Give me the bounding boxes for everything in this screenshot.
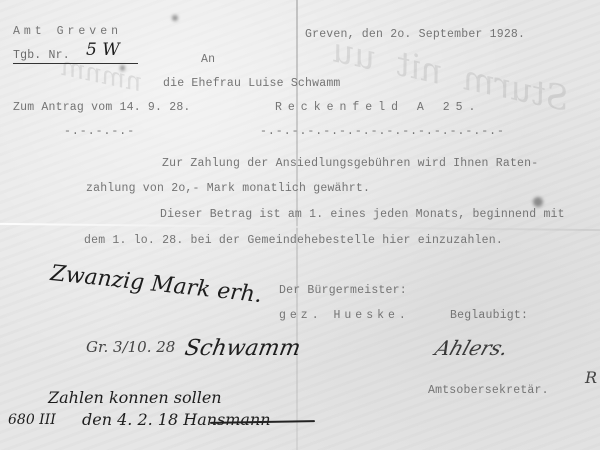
mayor-title: Der Bürgermeister: [279, 284, 407, 297]
handwritten-note-amount: Zwanzig Mark erh. [49, 261, 263, 308]
separator-right: -.-.-.-.-.-.-.-.-.-.-.-.-.-.-.- [260, 125, 505, 138]
ink-stain [120, 65, 125, 71]
handwritten-note-final: den 4. 2. 18 Hansmann [82, 410, 271, 429]
body-line-1: Zur Zahlung der Ansiedlungsgebühren wird… [162, 157, 538, 170]
body-line-4: dem 1. lo. 28. bei der Gemeindehebestell… [84, 234, 503, 247]
address: Reckenfeld A 25. [275, 101, 481, 114]
handwritten-signature: Schwamm [183, 336, 303, 361]
scanned-letter: Sturm nit uu nmnm Amt Greven Tgb. Nr. 5 … [0, 0, 600, 450]
body-line-3: Dieser Betrag ist am 1. eines jeden Mona… [160, 208, 565, 221]
recipient: die Ehefrau Luise Schwamm [163, 77, 341, 90]
reference: Zum Antrag vom 14. 9. 28. [13, 101, 191, 114]
journal-number-handwritten: 5 W [86, 40, 120, 60]
handwritten-note-date: Gr. 3/10. 28 [86, 338, 175, 356]
office-name: Amt Greven [13, 25, 122, 38]
body-line-2: zahlung von 2o,- Mark monatlich gewährt. [86, 182, 370, 195]
certifier-title: Amtsobersekretär. [428, 384, 549, 397]
margin-mark: R [585, 368, 597, 387]
ink-stain [533, 197, 543, 207]
to-label: An [201, 53, 215, 66]
mayor-signed: gez. Hueske. [279, 309, 410, 322]
handwritten-note-line: Zahlen konnen sollen [48, 388, 222, 407]
paper-fold-horizontal [0, 223, 600, 231]
handwritten-note-number: 680 III [8, 412, 56, 428]
place-date: Greven, den 2o. September 1928. [305, 28, 525, 41]
journal-label: Tgb. Nr. [13, 49, 70, 62]
ink-stain [172, 15, 178, 21]
separator-left: -.-.-.-.- [64, 125, 135, 138]
certified-label: Beglaubigt: [450, 309, 528, 322]
certifier-signature: Ahlers. [432, 336, 512, 360]
